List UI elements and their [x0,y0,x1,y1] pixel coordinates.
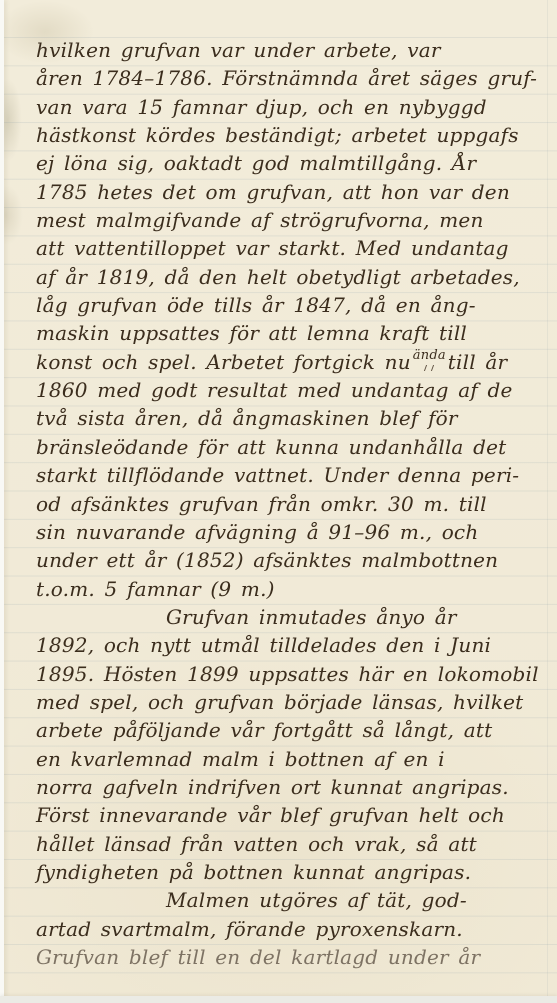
text-segment: till år [448,350,507,374]
text-line: artad svartmalm, förande pyroxenskarn. [36,915,543,943]
text-line: att vattentilloppet var starkt. Med unda… [36,234,543,262]
text-line: starkt tillflödande vattnet. Under denna… [36,461,543,489]
text-line: låg grufvan öde tills år 1847, då en ång… [36,291,543,319]
text-line: en kvarlemnad malm i bottnen af en i [36,745,543,773]
text-line: arbete påföljande vår fortgått så långt,… [36,716,543,744]
text-line: bränsleödande för att kunna undanhålla d… [36,433,543,461]
text-line: Grufvan inmutades ånyo år [36,603,543,631]
text-line: norra gafveln indrifven ort kunnat angri… [36,773,543,801]
text-line: hvilken grufvan var under arbete, var [36,36,543,64]
text-line: mest malmgifvande af strögrufvorna, men [36,206,543,234]
text-line: sin nuvarande afvägning å 91–96 m., och [36,518,543,546]
text-segment: konst och spel. Arbetet fortgick nu [36,350,411,374]
text-line: t.o.m. 5 famnar (9 m.) [36,575,543,603]
inserted-word: ända [413,351,446,361]
text-line: under ett år (1852) afsänktes malmbottne… [36,546,543,574]
text-line: Först innevarande vår blef grufvan helt … [36,801,543,829]
text-line: fyndigheten på bottnen kunnat angripas. [36,858,543,886]
manuscript-text: hvilken grufvan var under arbete, varåre… [36,36,543,971]
text-line: 1892, och nytt utmål tilldelades den i J… [36,631,543,659]
text-line: hållet länsad från vatten och vrak, så a… [36,830,543,858]
text-line: åren 1784–1786. Förstnämnda året säges g… [36,64,543,92]
text-line: ej löna sig, oaktadt god malmtillgång. Å… [36,149,543,177]
text-line: 1895. Hösten 1899 uppsattes här en lokom… [36,660,543,688]
text-line: hästkonst kördes beständigt; arbetet upp… [36,121,543,149]
text-line: Grufvan blef till en del kartlagd under … [36,943,543,971]
paper-bottom-edge [0,996,557,1003]
text-line: två sista åren, då ångmaskinen blef för [36,404,543,432]
text-line: 1860 med godt resultat med undantag af d… [36,376,543,404]
text-line: van vara 15 famnar djup, och en nybyggd [36,93,543,121]
manuscript-page: hvilken grufvan var under arbete, varåre… [0,0,557,1003]
text-line: maskin uppsattes för att lemna kraft til… [36,319,543,347]
text-line: af år 1819, då den helt obetydligt arbet… [36,263,543,291]
text-line: od afsänktes grufvan från omkr. 30 m. ti… [36,490,543,518]
text-line: Malmen utgöres af tät, god- [36,886,543,914]
paper-left-edge [0,0,4,1003]
text-line: konst och spel. Arbetet fortgick nuändat… [36,348,543,376]
right-margin-line [547,0,548,1003]
text-line: 1785 hetes det om grufvan, att hon var d… [36,178,543,206]
text-line: med spel, och grufvan började länsas, hv… [36,688,543,716]
